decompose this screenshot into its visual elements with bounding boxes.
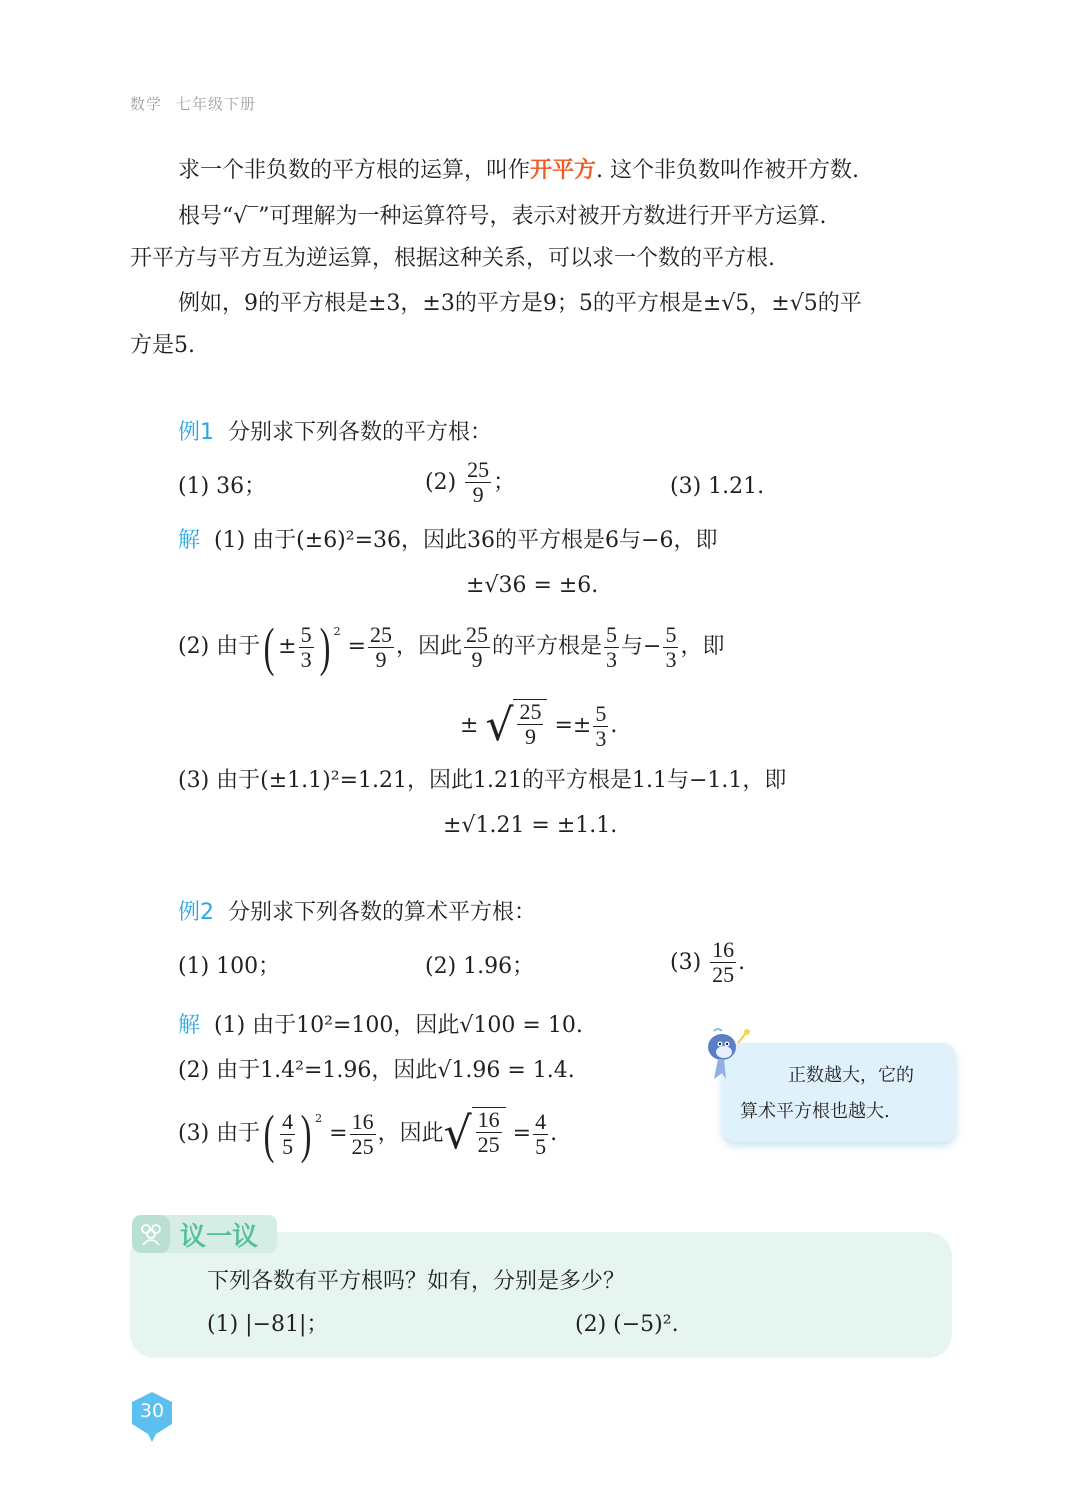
left-paren: (: [264, 1109, 275, 1159]
example1-label: 例1: [178, 420, 214, 445]
equals: =: [341, 632, 366, 662]
denominator: 9: [374, 648, 389, 672]
example1-heading: 例1 分别求下列各数的平方根：: [178, 418, 492, 448]
tip-text: 正数越大，它的 算术平方根也越大.: [740, 1058, 950, 1130]
text: 与−: [621, 632, 661, 662]
fraction: 53: [604, 623, 619, 672]
text: ，因此: [396, 632, 462, 662]
numerator: 4: [533, 1110, 548, 1135]
example2-item-3: (3) 1625.: [670, 938, 745, 987]
equals: =±: [547, 711, 591, 741]
key-term: 开平方: [530, 158, 596, 183]
text: ；: [493, 468, 515, 498]
left-paren: (: [264, 622, 275, 672]
right-paren: ): [319, 622, 330, 672]
fraction: 53: [593, 702, 608, 751]
denominator: 3: [593, 727, 608, 751]
fraction: 53: [299, 623, 314, 672]
text: (1) 由于(±6)²=36，因此36的平方根是6与−6，即: [214, 528, 717, 553]
text: ，即: [680, 632, 724, 662]
fraction: 259: [368, 623, 394, 672]
example1-item-3: (3) 1.21.: [670, 472, 764, 502]
example1-item-2: (2) 259；: [425, 458, 515, 507]
numerator: 25: [517, 700, 543, 725]
tip-line-1: 正数越大，它的: [740, 1058, 950, 1094]
solution-label: 解: [178, 1013, 200, 1038]
example2-item-1: (1) 100；: [178, 952, 280, 982]
solution-label: 解: [178, 528, 200, 553]
denominator: 3: [604, 648, 619, 672]
square-root: √1625: [444, 1107, 506, 1161]
example1-item-1: (1) 36；: [178, 472, 266, 502]
example2-solution-3: (3) 由于 (45)2 =1625 ，因此 √1625 =45.: [178, 1104, 557, 1164]
numerator: 5: [299, 623, 314, 648]
right-paren: ): [301, 1109, 312, 1159]
intro-line-3: 开平方与平方互为逆运算，根据这种关系，可以求一个数的平方根.: [130, 244, 775, 274]
radical-icon: √: [485, 699, 513, 753]
example2-item-2: (2) 1.96；: [425, 952, 534, 982]
exponent: 2: [334, 617, 341, 647]
radicand: 259: [513, 699, 547, 753]
denominator: 5: [533, 1135, 548, 1159]
fraction: 259: [464, 623, 490, 672]
example2-heading: 例2 分别求下列各数的算术平方根：: [178, 898, 536, 928]
text: 的平方根是: [492, 632, 602, 662]
radicand: 1625: [472, 1107, 506, 1161]
exponent: 2: [315, 1104, 322, 1134]
intro-line-2: 根号“√‾”可理解为一种运算符号，表示对被开方数进行开平方运算.: [178, 202, 827, 232]
numerator: 5: [604, 623, 619, 648]
equals: =: [322, 1119, 347, 1149]
text: (2): [425, 468, 456, 498]
example1-solution-2: (2) 由于 (±53)2 =259 ，因此259 的平方根是53 与−53 ，…: [178, 617, 725, 677]
denominator: 25: [476, 1133, 502, 1157]
tip-line-2: 算术平方根也越大.: [740, 1094, 950, 1130]
example2-solution-1: 解 (1) 由于10²=100，因此√100 = 10.: [178, 1011, 583, 1041]
numerator: 16: [710, 938, 736, 963]
page-header: 数学七年级下册: [130, 93, 256, 114]
discussion-item-1: (1) |−81|；: [207, 1310, 328, 1340]
text: (3): [670, 948, 701, 978]
text: (2) 由于: [178, 632, 260, 662]
intro-line-5: 方是5.: [130, 331, 195, 361]
example1-solution-1: 解 (1) 由于(±6)²=36，因此36的平方根是6与−6，即: [178, 526, 717, 556]
equals: =: [506, 1119, 531, 1149]
example1-equation-2: ± √259 =±53.: [460, 696, 617, 756]
denominator: 25: [350, 1135, 376, 1159]
fraction: 45: [280, 1110, 295, 1159]
text: ，因此: [378, 1119, 444, 1149]
text: (3) 由于: [178, 1119, 260, 1149]
denominator: 5: [280, 1135, 295, 1159]
grade-label: 七年级下册: [176, 95, 256, 113]
denominator: 9: [523, 725, 538, 749]
denominator: 9: [471, 483, 486, 507]
fraction: 1625: [710, 938, 736, 987]
numerator: 5: [663, 623, 678, 648]
group-people-icon: [132, 1215, 170, 1253]
denominator: 9: [470, 648, 485, 672]
intro-line-1: 求一个非负数的平方根的运算，叫作开平方. 这个非负数叫作被开方数.: [178, 156, 859, 186]
text: . 这个非负数叫作被开方数.: [596, 158, 859, 183]
radical-icon: √: [444, 1107, 472, 1161]
example1-prompt: 分别求下列各数的平方根：: [228, 420, 492, 445]
discussion-title: 议一议: [180, 1216, 258, 1253]
example1-equation-3: ±√1.21 = ±1.1.: [443, 811, 617, 841]
denominator: 3: [299, 648, 314, 672]
plus-minus: ±: [278, 632, 296, 662]
numerator: 16: [476, 1108, 502, 1133]
numerator: 4: [280, 1110, 295, 1135]
fraction: 1625: [476, 1108, 502, 1157]
example2-label: 例2: [178, 900, 214, 925]
fraction: 259: [517, 700, 543, 749]
numerator: 25: [465, 458, 491, 483]
fraction: 53: [663, 623, 678, 672]
plus-minus: ±: [460, 711, 478, 741]
page-number: 30: [130, 1400, 174, 1422]
fraction: 1625: [350, 1110, 376, 1159]
numerator: 16: [350, 1110, 376, 1135]
denominator: 3: [663, 648, 678, 672]
fraction: 45: [533, 1110, 548, 1159]
intro-line-4: 例如，9的平方根是±3，±3的平方是9；5的平方根是±√5，±√5的平: [178, 289, 862, 319]
discussion-item-2: (2) (−5)².: [575, 1310, 679, 1340]
numerator: 25: [464, 623, 490, 648]
page-number-badge: 30: [130, 1392, 174, 1436]
text: (1) 由于10²=100，因此√100 = 10.: [214, 1013, 583, 1038]
example1-solution-3: (3) 由于(±1.1)²=1.21，因此1.21的平方根是1.1与−1.1，即: [178, 766, 786, 796]
numerator: 5: [593, 702, 608, 727]
fraction: 259: [465, 458, 491, 507]
discussion-question: 下列各数有平方根吗？如有，分别是多少？: [207, 1267, 625, 1297]
example2-solution-2: (2) 由于1.4²=1.96，因此√1.96 = 1.4.: [178, 1056, 575, 1086]
text: 求一个非负数的平方根的运算，叫作: [178, 158, 530, 183]
subject-label: 数学: [130, 95, 162, 113]
denominator: 25: [710, 963, 736, 987]
numerator: 25: [368, 623, 394, 648]
example1-equation-1: ±√36 = ±6.: [466, 571, 598, 601]
example2-prompt: 分别求下列各数的算术平方根：: [228, 900, 536, 925]
square-root: √259: [485, 699, 547, 753]
